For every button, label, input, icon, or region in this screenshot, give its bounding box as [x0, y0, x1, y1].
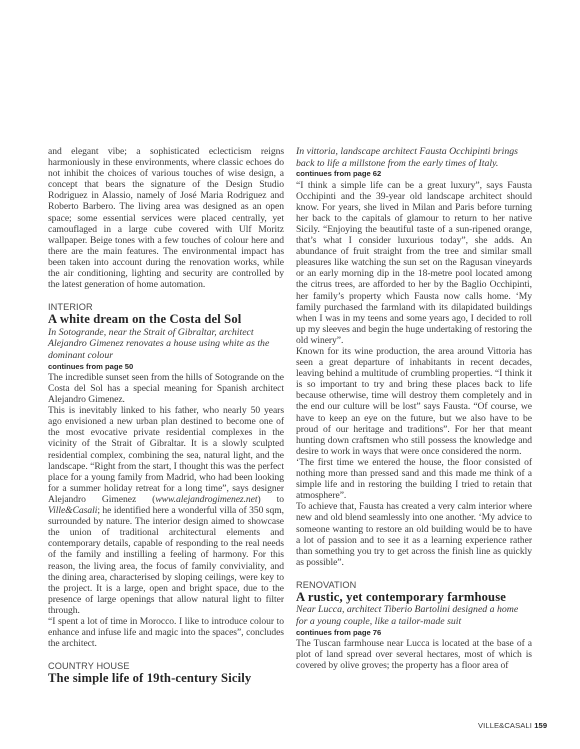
body-text: ; he identified here a wonderful villa o…	[48, 505, 284, 616]
right-column: In vittoria, landscape architect Fausta …	[296, 146, 532, 671]
interior-section: INTERIOR A white dream on the Costa del …	[48, 302, 284, 649]
intro-paragraph: and elegant vibe; a sophisticated eclect…	[48, 146, 284, 290]
body-paragraph: The Tuscan farmhouse near Lucca is locat…	[296, 638, 532, 671]
renovation-section: RENOVATION A rustic, yet contemporary fa…	[296, 580, 532, 671]
body-text: ) to	[258, 494, 285, 505]
body-paragraph: Known for its wine production, the area …	[296, 346, 532, 457]
section-title-interior: A white dream on the Costa del Sol	[48, 313, 284, 327]
country-house-continued: In vittoria, landscape architect Fausta …	[296, 146, 532, 568]
continues-from-page-link[interactable]: continues from page 76	[296, 628, 532, 638]
continues-from-page-link[interactable]: continues from page 62	[296, 169, 532, 179]
body-paragraph: “I spent a lot of time in Morocco. I lik…	[48, 616, 284, 649]
body-paragraph: ‘The first time we entered the house, th…	[296, 457, 532, 501]
section-subtitle-interior: In Sotogrande, near the Strait of Gibral…	[48, 327, 284, 362]
section-subtitle-country-house: In vittoria, landscape architect Fausta …	[296, 146, 532, 169]
section-title-renovation: A rustic, yet contemporary farmhouse	[296, 591, 532, 605]
body-paragraph: This is inevitably linked to his father,…	[48, 405, 284, 616]
page-folio: VILLE&CASALI 159	[478, 721, 547, 730]
section-subtitle-renovation: Near Lucca, architect Tiberio Bartolini …	[296, 604, 532, 627]
folio-magazine-name: VILLE&CASALI	[478, 721, 532, 730]
website-link[interactable]: www.alejandrogimenez.net	[155, 494, 257, 505]
body-paragraph: The incredible sunset seen from the hill…	[48, 372, 284, 405]
section-title-country-house: The simple life of 19th-century Sicily	[48, 672, 284, 686]
body-paragraph: “I think a simple life can be a great lu…	[296, 180, 532, 346]
magazine-name: Ville&Casali	[48, 505, 97, 516]
page-number: 159	[534, 721, 547, 730]
body-text: This is inevitably linked to his father,…	[48, 405, 284, 505]
country-house-section: COUNTRY HOUSE The simple life of 19th-ce…	[48, 661, 284, 686]
left-column: and elegant vibe; a sophisticated eclect…	[48, 146, 284, 686]
body-paragraph: To achieve that, Fausta has created a ve…	[296, 501, 532, 568]
continues-from-page-link[interactable]: continues from page 50	[48, 362, 284, 372]
magazine-page: and elegant vibe; a sophisticated eclect…	[0, 0, 580, 749]
